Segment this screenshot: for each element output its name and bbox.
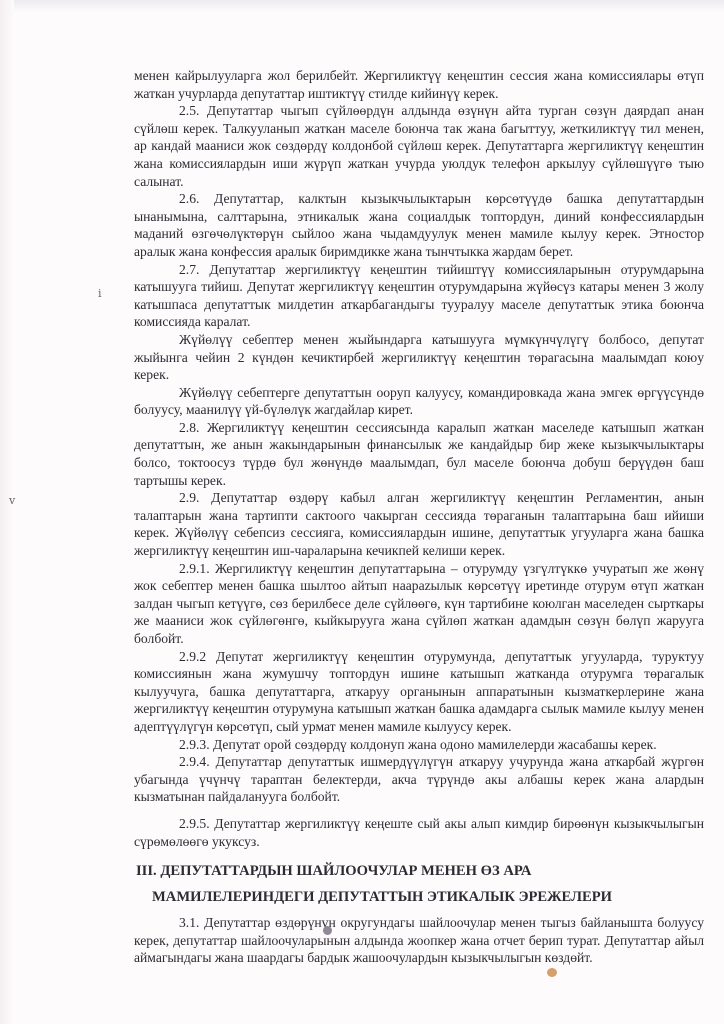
paragraph-2-9-3: 2.9.3. Депутат орой сөздөрдү колдонуп жа… (134, 736, 704, 754)
paragraph-2-9-5: 2.9.5. Депутаттар жергиликтүү кеңеште сы… (134, 815, 704, 850)
paragraph-2-9-2: 2.9.2 Депутат жергиликтүү кеңештин отуру… (134, 648, 704, 736)
document-page: менен кайрылууларга жол берилбейт. Жерги… (134, 67, 704, 967)
paragraph-2-9: 2.9. Депутаттар өздөрү кабыл алган жерги… (134, 489, 704, 559)
scan-mark: ⅰ (98, 287, 102, 300)
paragraph-2-7-absence: Жүйөлүү себептер менен жыйындарга катышу… (134, 331, 704, 384)
paragraph-2-9-1: 2.9.1. Жергиликтүү кеңештин депутаттарын… (134, 560, 704, 648)
paragraph-2-5: 2.5. Депутаттар чыгып сүйлөөрдүн алдында… (134, 102, 704, 190)
section-heading-line-1: III. ДЕПУТАТТАРДЫН ШАЙЛООЧУЛАР МЕНЕН ӨЗ … (134, 858, 704, 884)
scan-spot (323, 926, 332, 935)
section-heading-line-2: МАМИЛЕЛЕРИНДЕГИ ДЕПУТАТТЫН ЭТИКАЛЫК ЭРЕЖ… (152, 884, 704, 910)
scan-edge-top (0, 0, 724, 12)
scan-mark: ⅴ (9, 494, 15, 507)
paragraph-3-1: 3.1. Депутаттар өздөрүнүн округундагы ша… (134, 914, 704, 967)
paragraph-2-8: 2.8. Жергиликтүү кеңештин сессиясында ка… (134, 419, 704, 489)
paragraph-2-9-4: 2.9.4. Депутаттар депутаттык ишмердүүлүг… (134, 753, 704, 806)
scan-edge-left (0, 0, 14, 1024)
paragraph-2-7: 2.7. Депутаттар жергиликтүү кеңештин тий… (134, 261, 704, 331)
paragraph-2-6: 2.6. Депутаттар, калктын кызыкчылыктарын… (134, 190, 704, 260)
paragraph-continuation: менен кайрылууларга жол берилбейт. Жерги… (134, 67, 704, 102)
scan-spot (547, 968, 557, 977)
paragraph-2-7-reasons: Жүйөлүү себептерге депутаттын ооруп калу… (134, 384, 704, 419)
